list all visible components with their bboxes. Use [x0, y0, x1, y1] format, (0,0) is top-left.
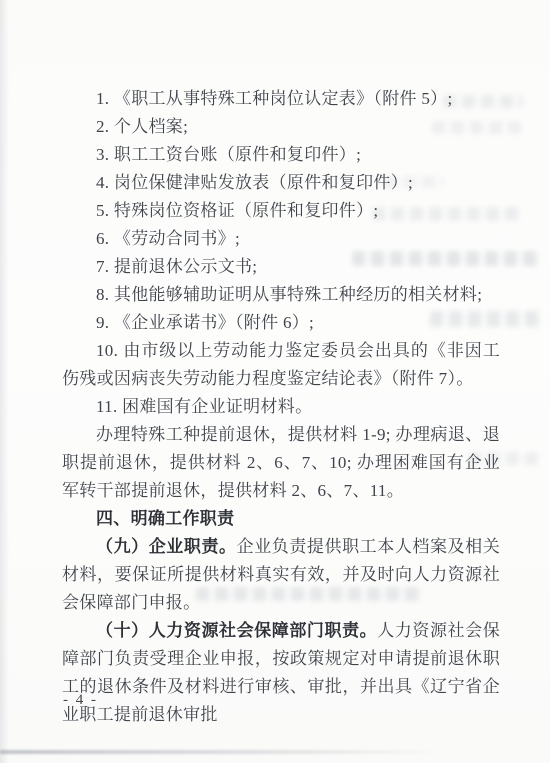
list-item-11: 11. 困难国有企业证明材料。 — [62, 393, 500, 421]
list-item-1: 1. 《职工从事特殊工种岗位认定表》（附件 5）; — [62, 85, 500, 113]
clause-10-label: （十）人力资源社会保障部门职责。 — [96, 621, 377, 640]
list-item-7: 7. 提前退休公示文书; — [62, 253, 500, 281]
scan-bottom-edge-shadow — [0, 750, 460, 754]
list-item-3: 3. 职工工资台账（原件和复印件）; — [62, 141, 500, 169]
list-item-6: 6. 《劳动合同书》; — [62, 225, 500, 253]
clause-9-paragraph: （九）企业职责。企业负责提供职工本人档案及相关材料，要保证所提供材料真实有效，并… — [62, 533, 500, 617]
list-item-8: 8. 其他能够辅助证明从事特殊工种经历的相关材料; — [62, 281, 500, 309]
materials-note-paragraph: 办理特殊工种提前退休，提供材料 1-9; 办理病退、退职提前退休，提供材料 2、… — [62, 421, 500, 505]
page-number: - 4 - — [63, 691, 98, 709]
scanned-document-page: 1. 《职工从事特殊工种岗位认定表》（附件 5）; 2. 个人档案; 3. 职工… — [0, 0, 550, 763]
document-body: 1. 《职工从事特殊工种岗位认定表》（附件 5）; 2. 个人档案; 3. 职工… — [62, 85, 500, 729]
list-item-5: 5. 特殊岗位资格证（原件和复印件）; — [62, 197, 500, 225]
section-heading: 四、明确工作职责 — [62, 505, 500, 533]
clause-9-label: （九）企业职责。 — [96, 537, 237, 556]
list-item-10: 10. 由市级以上劳动能力鉴定委员会出具的《非因工伤残或因病丧失劳动能力程度鉴定… — [62, 337, 500, 393]
list-item-2: 2. 个人档案; — [62, 113, 500, 141]
list-item-9: 9. 《企业承诺书》（附件 6）; — [62, 309, 500, 337]
clause-10-paragraph: （十）人力资源社会保障部门职责。人力资源社会保障部门负责受理企业申报，按政策规定… — [62, 617, 500, 729]
scan-left-edge-shadow — [0, 0, 9, 763]
list-item-4: 4. 岗位保健津贴发放表（原件和复印件）; — [62, 169, 500, 197]
